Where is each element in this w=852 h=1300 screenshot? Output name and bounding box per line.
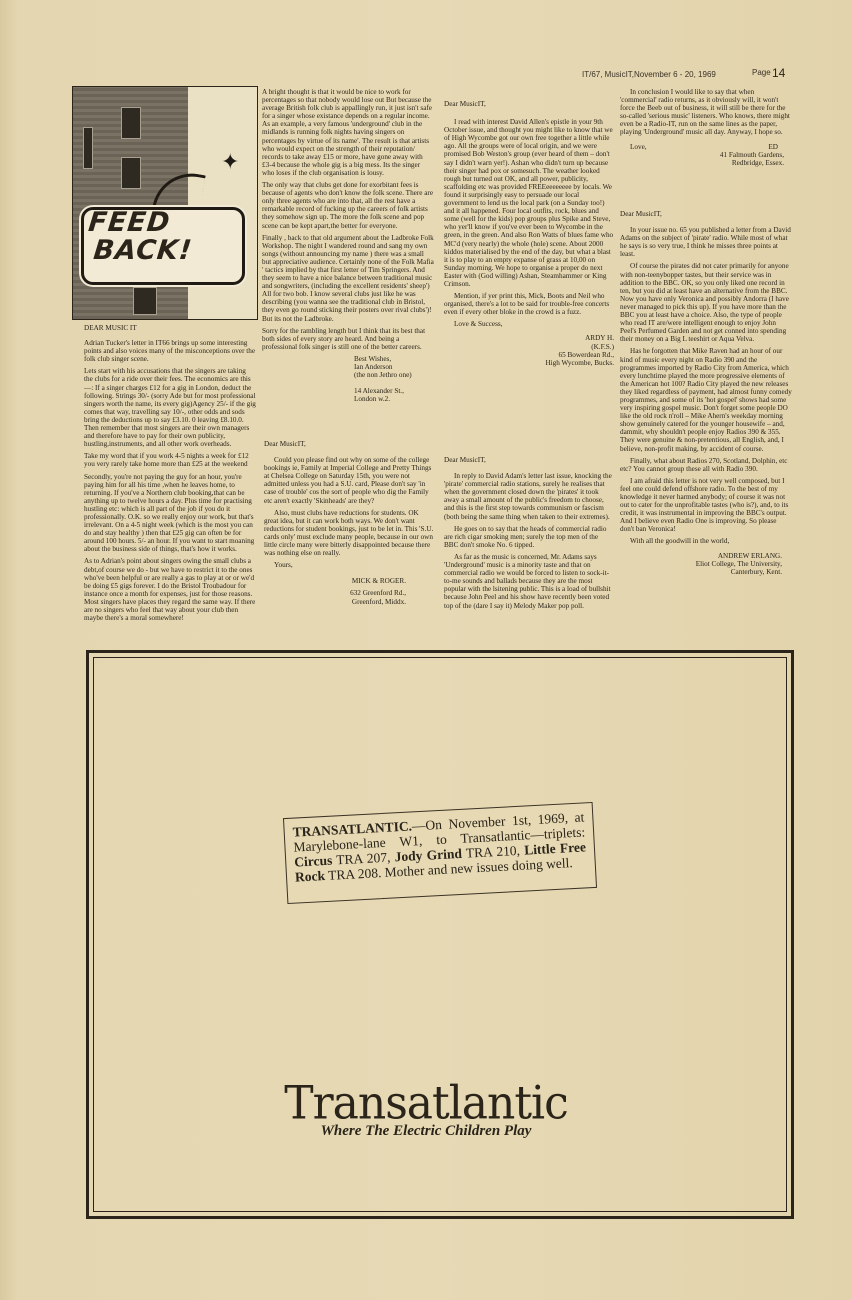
letter-paragraph: A bright thought is that it would be nic…: [262, 88, 434, 177]
letter-salutation: Dear MusicIT,: [620, 210, 792, 218]
signer-name: ED: [768, 143, 792, 151]
address-line: Redbridge, Essex.: [620, 159, 784, 167]
letter-paragraph: As far as the music is concerned, Mr. Ad…: [444, 553, 614, 610]
letter-paragraph: In conclusion I would like to say that w…: [620, 88, 792, 137]
letter-salutation: Dear MusicIT,: [444, 456, 614, 464]
address-line: Canterbury, Kent.: [620, 568, 782, 576]
feedback-title-line1: FEED: [87, 209, 240, 237]
letter-paragraph: Mention, if yer print this, Mick, Boots …: [444, 292, 614, 316]
advert-tagline: Where The Electric Children Play: [0, 1123, 852, 1140]
address-line: 41 Falmouth Gardens,: [620, 151, 784, 159]
letter-salutation: Dear MusicIT,: [264, 440, 434, 448]
letter-paragraph: The only way that clubs get done for exo…: [262, 181, 434, 230]
letter-signature: ARDY H. (K.F.S.) 65 Bowerdean Rd., High …: [444, 334, 614, 366]
letter-paragraph: Finally, what about Radios 270, Scotland…: [620, 457, 792, 473]
letter-paragraph: He goes on to say that the heads of comm…: [444, 525, 614, 549]
address-line: London w.2.: [354, 395, 434, 403]
address-line: Greenford, Middx.: [264, 598, 406, 606]
signer-name: ARDY H.: [444, 334, 614, 342]
feedback-illustration: FEED BACK! ✦: [72, 86, 258, 320]
letter-salutation: Dear MusicIT,: [444, 100, 614, 108]
letter-paragraph: I read with interest David Allen's epist…: [444, 118, 614, 288]
letter-paragraph: Finally , back to that old argument abou…: [262, 234, 434, 323]
letter-paragraph: In your issue no. 65 you published a let…: [620, 226, 792, 258]
letter-signature: ANDREW ERLANG. Eliot College, The Univer…: [620, 552, 792, 576]
letter-paragraph: Has he forgotten that Mike Raven had an …: [620, 347, 792, 452]
letter-paragraph: Adrian Tucker's letter in IT66 brings up…: [84, 339, 256, 363]
letter-signoff: Love, ED: [620, 143, 792, 151]
letter-closing: Yours,: [264, 561, 434, 569]
letter-paragraph: Could you please find out why on some of…: [264, 456, 434, 505]
letter-paragraph: Sorry for the rambling length but I thin…: [262, 327, 434, 351]
letter-paragraph: I am afraid this letter is not very well…: [620, 477, 792, 534]
letter-column-2b: Dear MusicIT, Could you please find out …: [264, 440, 434, 606]
letter-paragraph: Also, must clubs have reductions for stu…: [264, 509, 434, 558]
letter-address: 41 Falmouth Gardens, Redbridge, Essex.: [620, 151, 792, 167]
feedback-title: FEED BACK!: [84, 209, 240, 265]
letter-paragraph: Take my word that if you work 4-5 nights…: [84, 452, 256, 468]
letter-column-2: A bright thought is that it would be nic…: [262, 88, 434, 403]
signoff-line: Best Wishes,: [354, 355, 434, 363]
address-line: 14 Alexander St.,: [354, 387, 434, 395]
letter-signature: MICK & ROGER. 632 Greenford Rd., Greenfo…: [264, 577, 434, 605]
signer-name: ANDREW ERLANG.: [620, 552, 782, 560]
address-line: 65 Bowerdean Rd.,: [444, 351, 614, 359]
feedback-title-line2: BACK!: [84, 237, 237, 265]
address-line: High Wycombe, Bucks.: [444, 359, 614, 367]
letter-paragraph: Secondly, you're not paying the guy for …: [84, 473, 256, 554]
letter-column-4: In conclusion I would like to say that w…: [620, 88, 792, 167]
letter-column-4b: Dear MusicIT, In your issue no. 65 you p…: [620, 210, 792, 576]
letter-closing: With all the goodwill in the world,: [620, 537, 792, 545]
signer-name: Ian Anderson: [354, 363, 434, 371]
letter-closing: Love & Success,: [444, 320, 614, 328]
letter-column-1: DEAR MUSIC IT Adrian Tucker's letter in …: [84, 324, 256, 626]
signer-note: (the non Jethro one): [354, 371, 434, 379]
birth-announcement-clipping: TRANSATLANTIC.—On November 1st, 1969, at…: [283, 802, 597, 904]
letter-paragraph: In reply to David Adam's letter last iss…: [444, 472, 614, 521]
letter-column-3b: Dear MusicIT, In reply to David Adam's l…: [444, 456, 614, 614]
newspaper-page: IT/67, MusicIT,November 6 - 20, 1969 Pag…: [0, 0, 852, 1300]
letter-paragraph: Of course the pirates did not cater prim…: [620, 262, 792, 343]
letter-salutation: DEAR MUSIC IT: [84, 324, 256, 332]
signer-note: (K.F.S.): [444, 343, 614, 351]
letter-paragraph: As to Adrian's point about singers owing…: [84, 557, 256, 622]
address-line: Eliot College, The University,: [620, 560, 782, 568]
page-label: Page: [752, 68, 771, 77]
letter-signoff: Best Wishes, Ian Anderson (the non Jethr…: [262, 355, 434, 403]
letter-column-3: Dear MusicIT, I read with interest David…: [444, 100, 614, 367]
page-number: 14: [772, 66, 785, 80]
issue-line: IT/67, MusicIT,November 6 - 20, 1969: [582, 70, 716, 79]
jumping-figure-icon: ✦: [221, 149, 239, 175]
address-line: 632 Greenford Rd.,: [264, 589, 406, 597]
letter-paragraph: Lets start with his accusations that the…: [84, 367, 256, 448]
signer-name: MICK & ROGER.: [264, 577, 406, 585]
letter-closing: Love,: [630, 143, 647, 151]
